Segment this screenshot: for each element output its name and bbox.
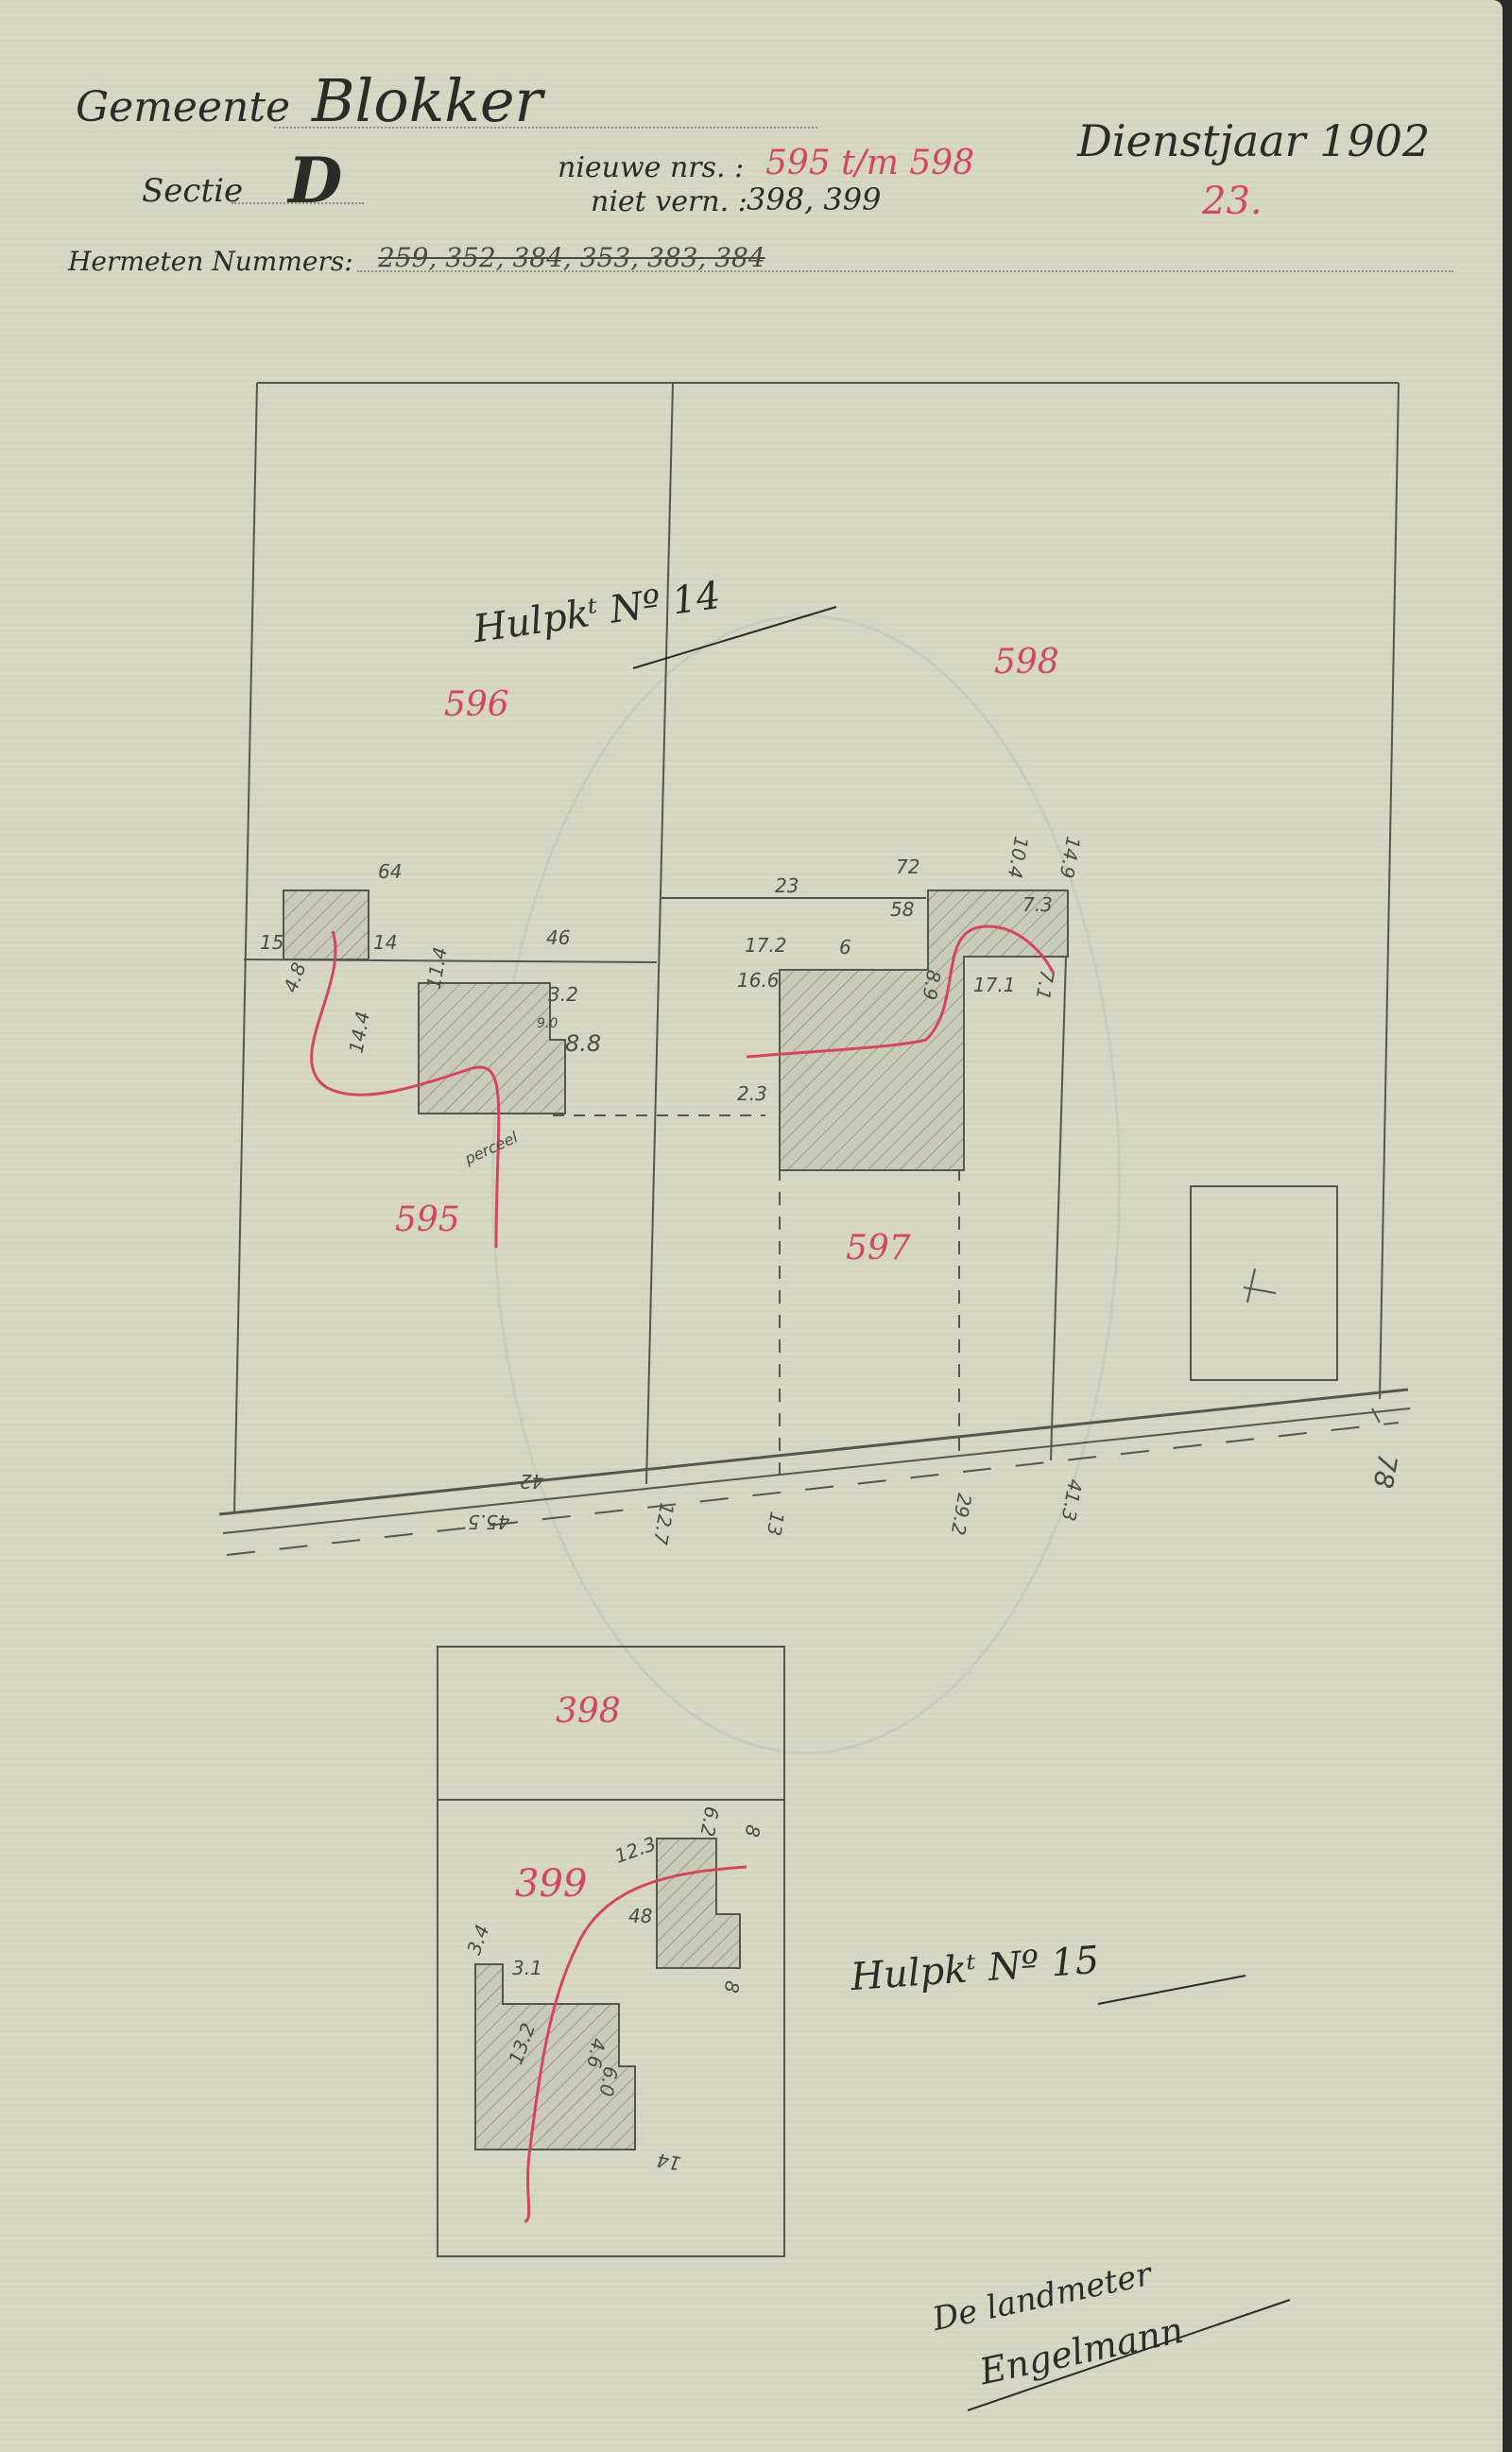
parcel-596: 596 xyxy=(444,685,509,724)
measure-label: 14 xyxy=(373,931,397,954)
measure-label: 72 xyxy=(896,855,919,878)
measure-label: 64 xyxy=(378,860,402,883)
measure-label: 48 xyxy=(628,1905,652,1927)
measure-label: 17.2 xyxy=(745,934,787,957)
measure-label: 58 xyxy=(890,898,914,921)
cadastral-sketch xyxy=(0,0,1512,2452)
measure-label: 23 xyxy=(775,874,799,897)
measure-label: 6 xyxy=(839,936,851,958)
parcel-597: 597 xyxy=(846,1229,911,1268)
parcel-598: 598 xyxy=(994,643,1059,682)
measure-label: 14 xyxy=(655,2149,682,2175)
measure-label: 8.8 xyxy=(565,1030,601,1057)
measure-label: 7.3 xyxy=(1022,893,1053,916)
measure-label: 45.5 xyxy=(468,1511,510,1533)
parcel-399: 399 xyxy=(515,1862,587,1906)
measure-label: 3.2 xyxy=(548,983,578,1006)
measure-label: 9.0 xyxy=(537,1016,558,1031)
parcel-595: 595 xyxy=(395,1200,460,1239)
measure-label: 42 xyxy=(520,1470,543,1493)
measure-label: 3.1 xyxy=(512,1957,542,1979)
survey-document-page: Gemeente Blokker Sectie D nieuwe nrs. : … xyxy=(0,0,1503,2452)
measure-label: 2.3 xyxy=(737,1082,767,1105)
measure-label: 15 xyxy=(260,931,283,954)
measure-label: 17.1 xyxy=(973,974,1016,996)
measure-label: 78 xyxy=(1366,1452,1403,1491)
measure-label: 46 xyxy=(546,926,570,949)
parcel-398: 398 xyxy=(556,1692,621,1731)
measure-label: 13 xyxy=(763,1510,789,1537)
measure-label: 16.6 xyxy=(737,969,780,992)
